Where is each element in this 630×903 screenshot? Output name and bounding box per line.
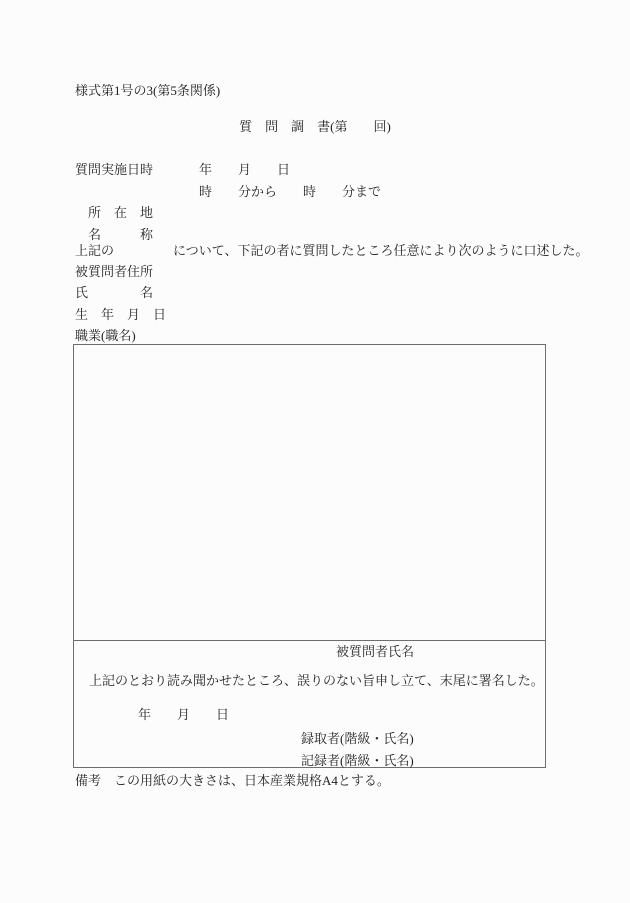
signature-date-line: 年 月 日 [138, 707, 229, 722]
recorder-label: 録取者(階級・氏名) [301, 731, 414, 746]
statement-writing-area [74, 345, 545, 641]
document-page: 様式第1号の3(第5条関係) 質 問 調 書(第 回) 質問実施日時 年 月 日… [0, 0, 630, 903]
facility-name-label: 名 称 [88, 227, 153, 242]
time-blank-line: 時 分から 時 分まで [199, 184, 381, 199]
birthdate-label: 生 年 月 日 [75, 307, 166, 322]
page-title: 質 問 調 書(第 回) [0, 119, 630, 134]
form-number: 様式第1号の3(第5条関係) [75, 83, 220, 98]
scribe-label: 記録者(階級・氏名) [301, 753, 414, 768]
statement-body: について、下記の者に質問したところ任意により次のように口述した。 [173, 243, 588, 258]
remarks-line: 備考 この用紙の大きさは、日本産業規格A4とする。 [75, 773, 390, 788]
readback-statement: 上記のとおり読み聞かせたところ、誤りのない旨申し立て、末尾に署名した。 [89, 673, 544, 688]
occupation-label: 職業(職名) [75, 328, 136, 343]
statement-box: 被質問者氏名 上記のとおり読み聞かせたところ、誤りのない旨申し立て、末尾に署名し… [73, 344, 546, 768]
respondent-signature-label: 被質問者氏名 [336, 644, 414, 659]
statement-prefix: 上記の [75, 243, 114, 258]
date-blank-line: 年 月 日 [199, 162, 290, 177]
location-label: 所 在 地 [88, 205, 153, 220]
respondent-name-label: 氏 名 [75, 285, 153, 300]
datetime-label: 質問実施日時 [75, 162, 153, 177]
respondent-address-label: 被質問者住所 [75, 264, 153, 279]
